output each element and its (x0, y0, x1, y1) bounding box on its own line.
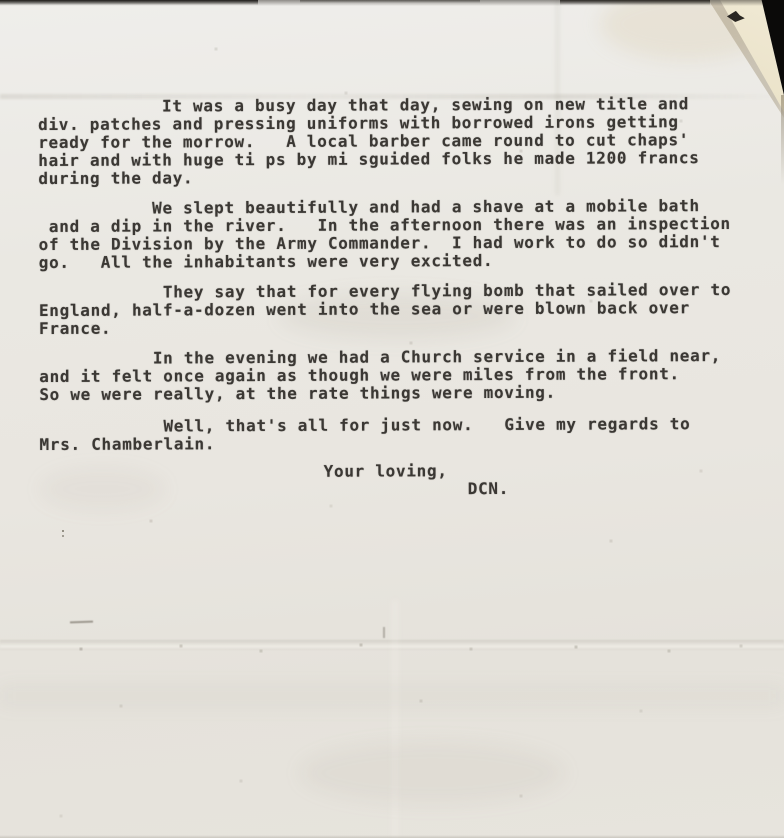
letter-body: It was a busy day that day, sewing on ne… (38, 95, 732, 500)
scan-top-edge-shadow (0, 0, 258, 5)
letter-paragraph: It was a busy day that day, sewing on ne… (38, 95, 731, 188)
letter-line: Mrs. Chamberlain. (39, 433, 731, 454)
letter-line: hair and with huge ti ps by mi sguided f… (38, 149, 730, 170)
letter-line: England, half-a-dozen went into the sea … (39, 299, 731, 320)
letter-line: during the day. (38, 167, 730, 188)
letter-signature: DCN. (468, 479, 732, 498)
letter-line: So we were really, at the rate things we… (39, 383, 731, 404)
letter-closing: Your loving, (324, 461, 732, 481)
letter-paragraphs: It was a busy day that day, sewing on ne… (38, 95, 732, 454)
ink-speck (62, 530, 64, 532)
pencil-tick-mark (383, 627, 385, 638)
scan-top-edge-shadow (300, 0, 480, 3)
paper-stain (0, 686, 784, 706)
letter-paragraph: We slept beautifully and had a shave at … (38, 197, 731, 272)
scan-top-edge-shadow (560, 0, 710, 5)
letter-line: Well, that's all for just now. Give my r… (39, 415, 731, 436)
scanned-letter-page: { "document": { "paragraphs": [ {"lines"… (0, 0, 784, 838)
letter-paragraph: Well, that's all for just now. Give my r… (39, 415, 731, 454)
letter-line: France. (39, 317, 731, 338)
paper-stain (300, 742, 565, 804)
letter-line: go. All the inhabitants were very excite… (39, 251, 731, 272)
letter-paragraph: They say that for every flying bomb that… (39, 281, 732, 338)
letter-paragraph: In the evening we had a Church service i… (39, 347, 732, 404)
